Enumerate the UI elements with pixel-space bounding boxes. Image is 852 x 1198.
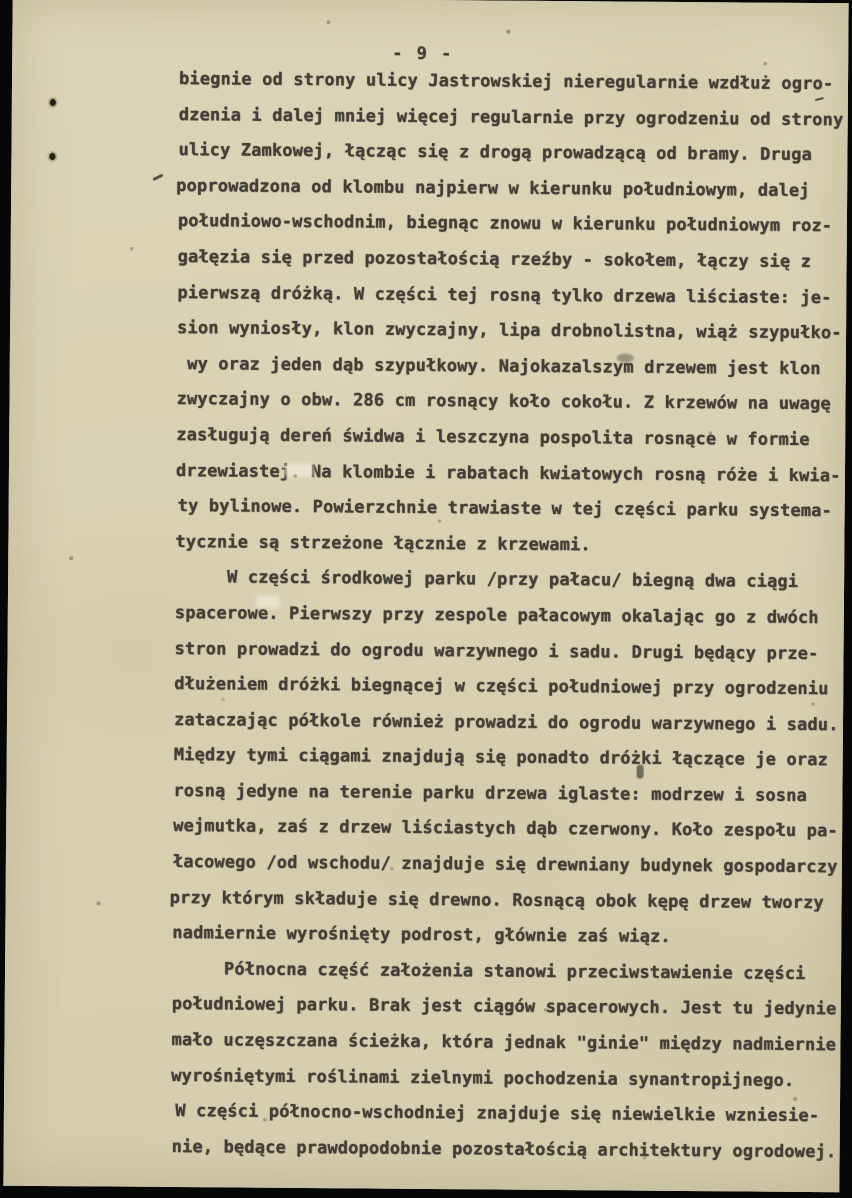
body-text: biegnie od strony ulicy Jastrowskiej nie…	[171, 62, 852, 1171]
text-line: nadmiernie wyrośnięty podrost, głównie z…	[172, 916, 852, 957]
text-line: południowo-wschodnim, biegnąc znowu w ki…	[178, 204, 852, 245]
paper-stain	[285, 464, 313, 477]
text-line: Północna część założenia stanowi przeciw…	[172, 952, 852, 993]
ink-smudge	[617, 353, 634, 362]
text-line: wy oraz jeden dąb szypułkowy. Najokazals…	[177, 347, 852, 388]
ink-smudge	[637, 765, 644, 779]
text-line: sion wyniosły, klon zwyczajny, lipa drob…	[177, 311, 852, 352]
text-line: gałęzia się przed pozostałością rzeźby -…	[177, 240, 852, 281]
text-line: ulicy Zamkowej, łącząc się z drogą prowa…	[178, 133, 852, 174]
text-line: nie, będące prawdopodobnie pozostałością…	[172, 1130, 851, 1171]
text-line: rosną jedyne na terenie parku drzewa igl…	[173, 774, 852, 815]
text-line: zataczając półkole również prowadzi do o…	[174, 703, 852, 744]
text-line: tycznie są strzeżone łącznie z krzewami.	[175, 525, 852, 566]
text-line: mało uczęszczana ścieżka, która jednak "…	[171, 1023, 851, 1064]
text-line: Między tymi ciągami znajdują się ponadto…	[174, 738, 852, 779]
paper-hole	[49, 153, 55, 160]
text-line: pierwszą dróżką. W części tej rosną tylk…	[177, 276, 852, 317]
text-line: dłużeniem dróżki biegnącej w części połu…	[174, 667, 852, 708]
text-line: łacowego /od wschodu/ znajduje się drewn…	[173, 845, 852, 886]
text-line: stron prowadzi do ogrodu warzywnego i sa…	[174, 632, 852, 673]
paper-hole	[50, 99, 56, 106]
text-line: zasługują dereń świdwa i leszczyna pospo…	[176, 418, 852, 459]
document-page: - 9 - biegnie od strony ulicy Jastrowski…	[3, 0, 848, 1192]
text-line: ty bylinowe. Powierzchnie trawiaste w te…	[178, 489, 852, 530]
text-line: przy którym składuje się drewno. Rosnącą…	[169, 881, 852, 922]
text-line: biegnie od strony ulicy Jastrowskiej nie…	[179, 62, 852, 103]
text-line: zwyczajny o obw. 286 cm rosnący koło cok…	[176, 382, 852, 423]
text-line: wyrośniętymi roślinami zielnymi pochodze…	[171, 1059, 851, 1100]
paper-stain	[257, 596, 279, 608]
scan-bed: { "colors": { "background": "#070707", "…	[0, 0, 852, 1198]
pen-mark	[152, 174, 163, 181]
page-number: - 9 -	[392, 44, 453, 64]
text-line: południowej parku. Brak jest ciągów spac…	[172, 987, 852, 1028]
text-line: drzewiastej. Na klombie i rabatach kwiat…	[176, 454, 852, 495]
text-line: poprowadzona od klombu najpierw w kierun…	[176, 169, 852, 210]
text-line: W części północno-wschodniej znajduje si…	[165, 1094, 851, 1135]
text-line: dzenia i dalej mniej więcej regularnie p…	[179, 98, 852, 139]
text-line: wejmutka, zaś z drzew liściastych dąb cz…	[173, 809, 852, 850]
